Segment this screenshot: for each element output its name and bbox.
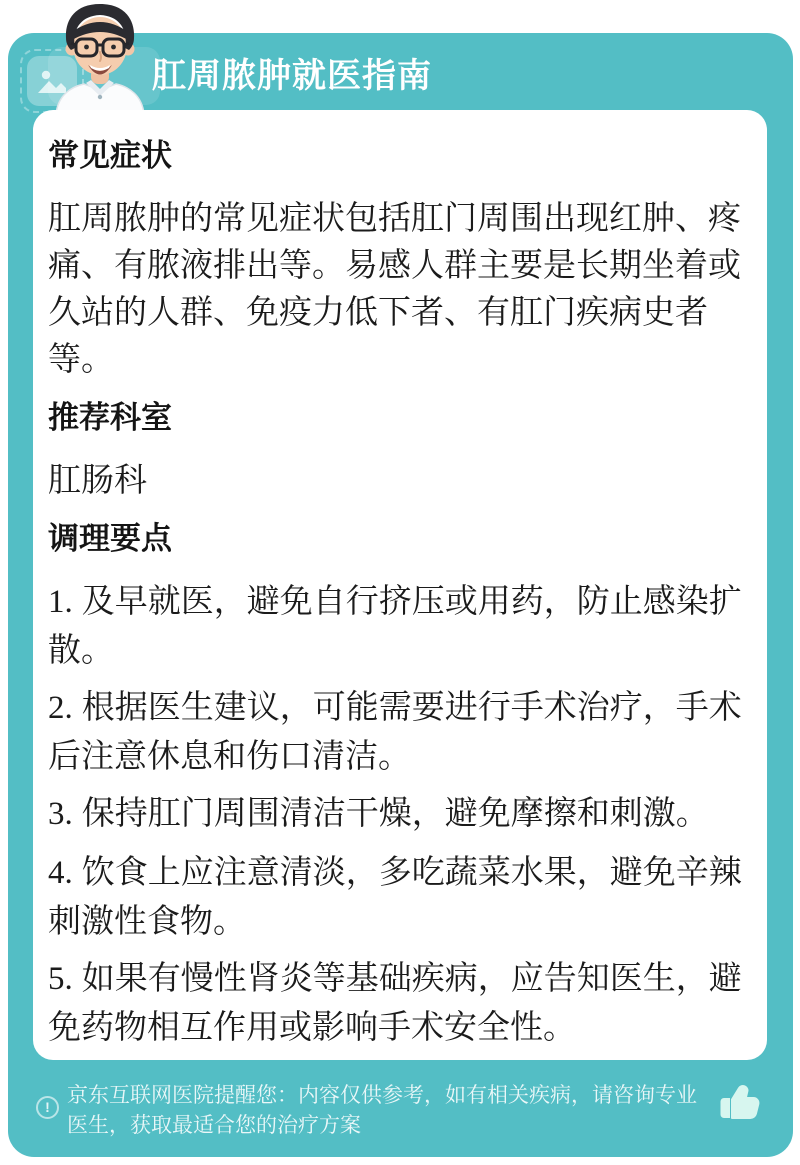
item-number: 3. xyxy=(48,796,73,832)
section-heading-care: 调理要点 xyxy=(48,521,745,557)
care-item: 3.保持肛门周围清洁干燥，避免摩擦和刺激。 xyxy=(48,789,745,838)
disclaimer-text: 京东互联网医院提醒您：内容仅供参考，如有相关疾病，请咨询专业医生，获取最适合您的… xyxy=(67,1081,707,1141)
care-item: 1.及早就医，避免自行挤压或用药，防止感染扩散。 xyxy=(48,577,745,673)
doctor-avatar xyxy=(38,2,162,114)
care-item: 5.如果有慢性肾炎等基础疾病，应告知医生，避免药物相互作用或影响手术安全性。 xyxy=(48,954,745,1050)
item-text: 如果有慢性肾炎等基础疾病，应告知医生，避免药物相互作用或影响手术安全性。 xyxy=(48,959,742,1045)
item-text: 根据医生建议，可能需要进行手术治疗，手术后注意休息和伤口清洁。 xyxy=(48,688,742,774)
guide-title: 肛周脓肿就医指南 xyxy=(152,48,432,97)
symptoms-paragraph: 肛周脓肿的常见症状包括肛门周围出现红肿、疼痛、有脓液排出等。易感人群主要是长期坐… xyxy=(48,194,745,382)
care-item: 4.饮食上应注意清淡，多吃蔬菜水果，避免辛辣刺激性食物。 xyxy=(48,848,745,944)
item-number: 5. xyxy=(48,961,73,997)
item-number: 4. xyxy=(48,855,73,891)
department-value: 肛肠科 xyxy=(48,456,745,503)
item-number: 2. xyxy=(48,690,73,726)
item-number: 1. xyxy=(48,584,73,620)
exclamation-circle-icon: ! xyxy=(36,1096,59,1119)
section-heading-department: 推荐科室 xyxy=(48,400,745,436)
item-text: 及早就医，避免自行挤压或用药，防止感染扩散。 xyxy=(48,582,742,668)
item-text: 饮食上应注意清淡，多吃蔬菜水果，避免辛辣刺激性食物。 xyxy=(48,853,742,939)
thumbs-up-icon[interactable] xyxy=(718,1084,760,1122)
care-item: 2.根据医生建议，可能需要进行手术治疗，手术后注意休息和伤口清洁。 xyxy=(48,683,745,779)
section-heading-symptoms: 常见症状 xyxy=(48,138,745,174)
item-text: 保持肛门周围清洁干燥，避免摩擦和刺激。 xyxy=(82,794,709,831)
guide-card: 常见症状 肛周脓肿的常见症状包括肛门周围出现红肿、疼痛、有脓液排出等。易感人群主… xyxy=(33,110,767,1060)
